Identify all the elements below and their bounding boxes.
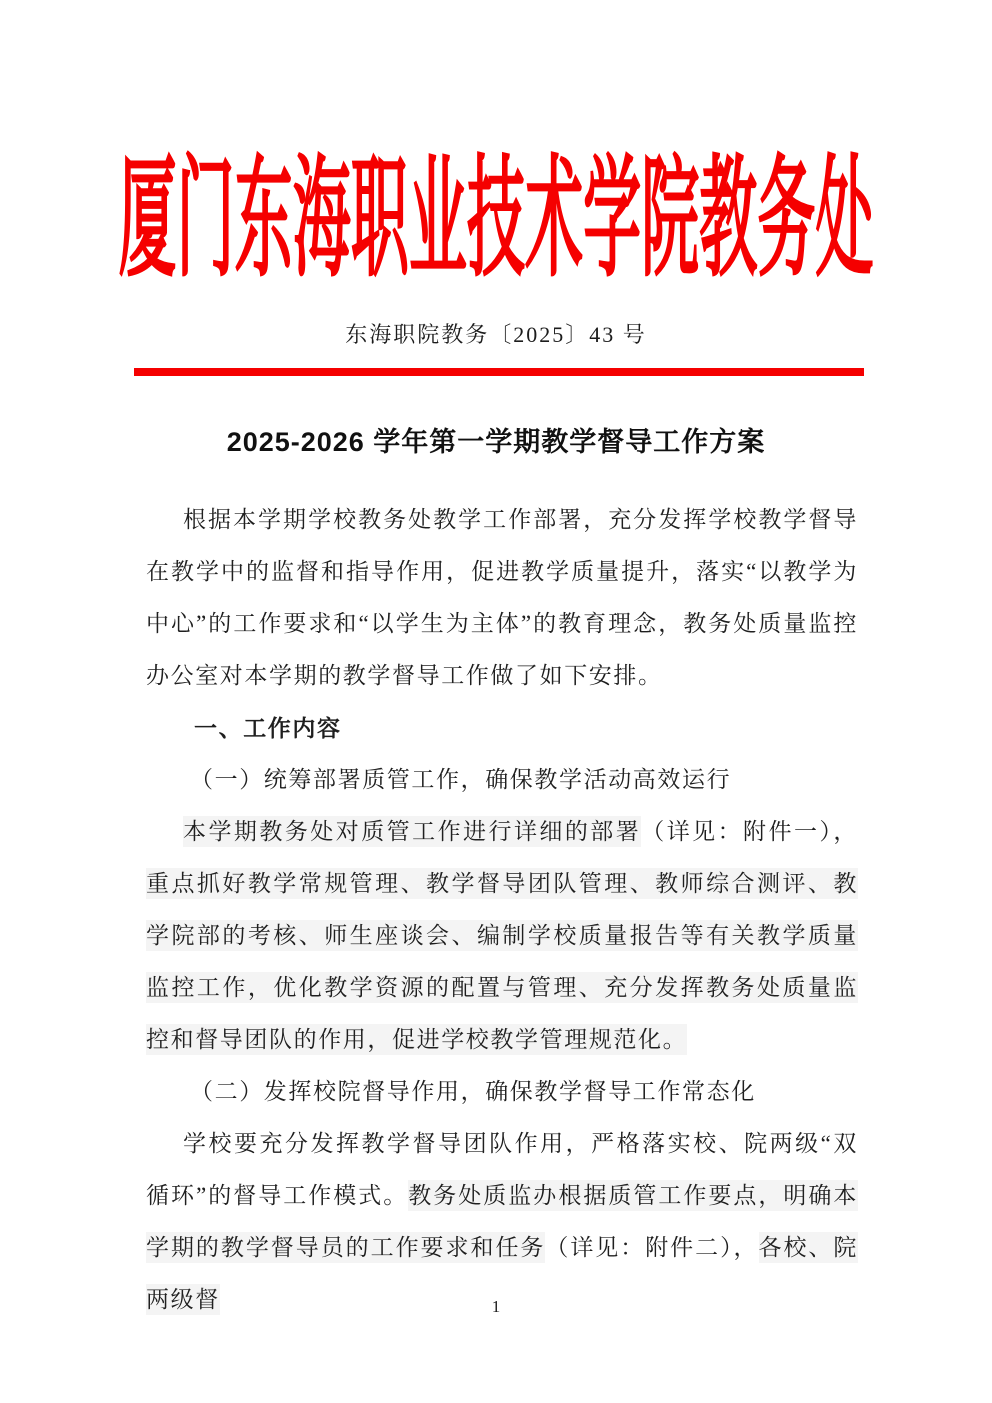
red-divider-rule <box>134 368 864 376</box>
paragraph-intro: 根据本学期学校教务处教学工作部署，充分发挥学校教学督导在教学中的监督和指导作用，… <box>146 494 858 702</box>
paragraph-2-segment-3: 重点抓好教学常规管理、教学督导团队管理、教师综合测评、教学院部的考核、师生座谈会… <box>146 868 858 1055</box>
paragraph-3-segment-3: （详见：附件二）， <box>545 1235 758 1260</box>
document-title: 2025-2026 学年第一学期教学督导工作方案 <box>0 424 992 460</box>
org-title: 厦门东海职业技术学院教务处 <box>0 130 992 310</box>
paragraph-2: 本学期教务处对质管工作进行详细的部署（详见：附件一），重点抓好教学常规管理、教学… <box>146 806 858 1066</box>
paragraph-2-segment-2: （详见：附件一）， <box>641 819 858 844</box>
letterhead: 厦门东海职业技术学院教务处 <box>0 130 992 310</box>
document-number: 东海职院教务〔2025〕43 号 <box>0 320 992 350</box>
page-number: 1 <box>0 1296 992 1318</box>
document-body: 根据本学期学校教务处教学工作部署，充分发挥学校教学督导在教学中的监督和指导作用，… <box>146 494 858 1326</box>
paragraph-3: 学校要充分发挥教学督导团队作用，严格落实校、院两级“双循环”的督导工作模式。教务… <box>146 1118 858 1326</box>
subsection-heading-1: （一）统筹部署质管工作，确保教学活动高效运行 <box>146 754 858 806</box>
section-heading-1: 一、工作内容 <box>146 702 858 754</box>
paragraph-2-segment-1: 本学期教务处对质管工作进行详细的部署 <box>183 816 641 847</box>
subsection-heading-2: （二）发挥校院督导作用，确保教学督导工作常态化 <box>146 1066 858 1118</box>
document-page: 厦门东海职业技术学院教务处 东海职院教务〔2025〕43 号 2025-2026… <box>0 0 992 1403</box>
